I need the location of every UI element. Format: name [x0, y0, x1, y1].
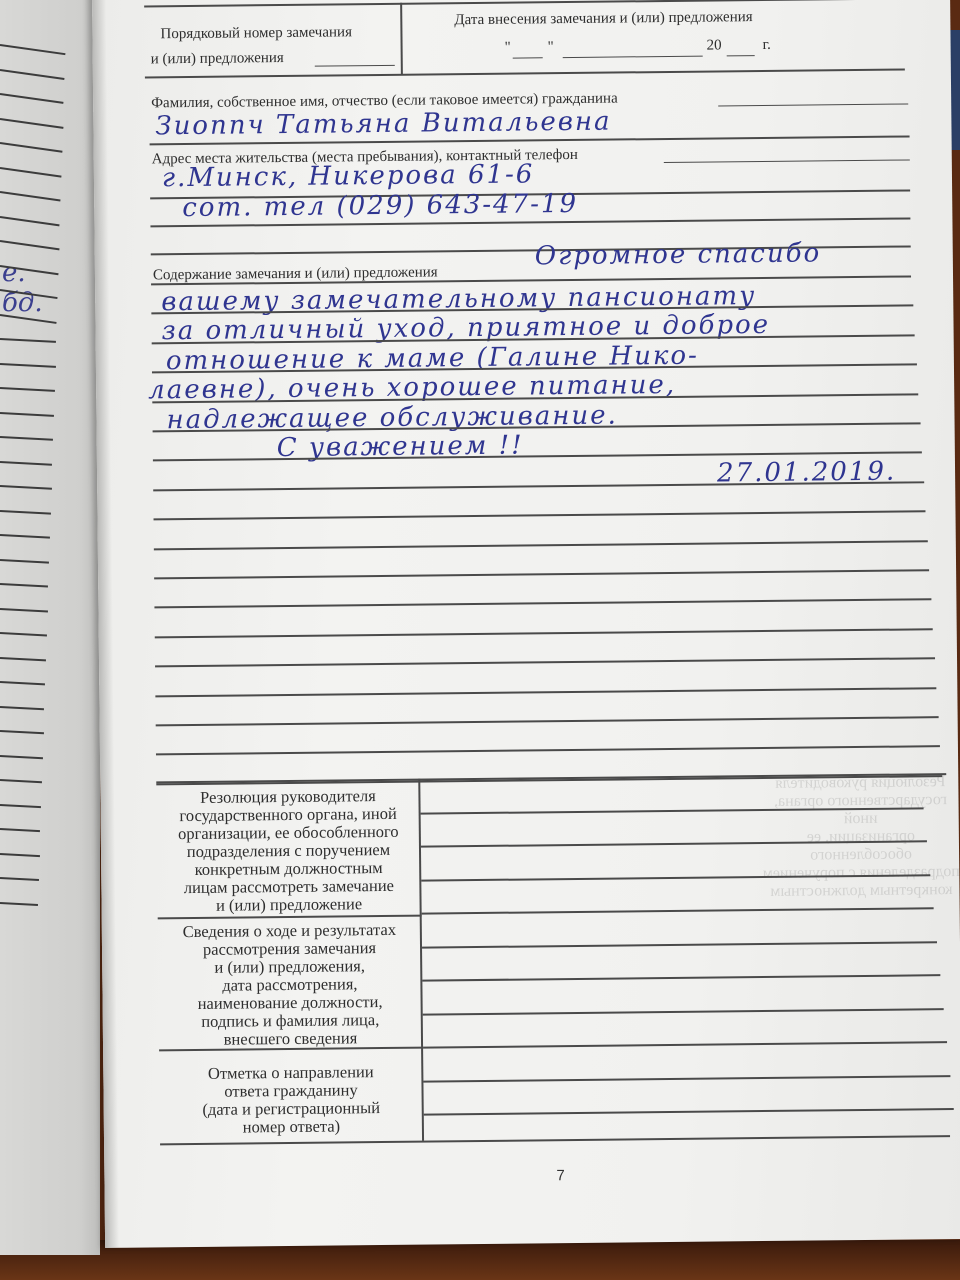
table-row-review-info: Сведения о ходе и результатахрассмотрени…	[162, 921, 418, 1050]
content-rule	[156, 716, 938, 726]
left-page-rule	[0, 755, 43, 759]
table-answer-line[interactable]	[423, 1008, 944, 1015]
left-page-rule	[0, 853, 40, 857]
date-year-field[interactable]	[727, 55, 755, 56]
left-page-rule	[0, 461, 52, 466]
content-rule	[155, 628, 933, 638]
content-rule	[154, 540, 927, 550]
header-bottom-rule	[145, 68, 905, 78]
reverse-side-bleed: Резолюция руководителягосударственного о…	[760, 773, 960, 901]
content-line: Огромное спасибо	[535, 238, 822, 271]
table-row-reply-mark: Отметка о направленииответа гражданину(д…	[163, 1063, 419, 1138]
header-divider	[400, 3, 403, 75]
table-answer-line[interactable]	[422, 974, 940, 981]
date-quote-close: "	[548, 39, 554, 56]
date-day-field[interactable]	[513, 57, 543, 58]
serial-number-label: Порядковый номер замечания	[160, 24, 352, 43]
left-page-rule	[0, 534, 50, 539]
content-rule	[154, 569, 929, 579]
form-page: Резолюция руководителягосударственного о…	[92, 0, 960, 1248]
table-bottom-rule	[160, 1135, 950, 1145]
serial-number-label-2: и (или) предложения	[151, 50, 284, 68]
left-page-rule	[0, 167, 62, 178]
left-page-rule	[0, 93, 64, 104]
date-label: Дата внесения замечания и (или) предложе…	[454, 9, 752, 29]
table-row-label-line: внесшего сведения	[163, 1029, 418, 1050]
address-value-line2[interactable]: сот. тел (029) 643-47-19	[182, 189, 578, 223]
left-page-rule	[0, 510, 51, 515]
left-page-rule	[0, 412, 54, 417]
table-answer-line[interactable]	[422, 941, 937, 948]
date-month-field[interactable]	[563, 56, 703, 58]
left-page-rule	[0, 387, 55, 392]
left-page-rule	[0, 706, 44, 710]
left-page-rule	[0, 681, 45, 685]
left-page-rule	[0, 804, 41, 808]
left-page-rule	[0, 44, 65, 55]
left-page-rule	[0, 632, 47, 636]
table-divider	[418, 779, 424, 1141]
left-page-rule	[0, 69, 65, 80]
page-number: 7	[556, 1167, 565, 1184]
left-page-rule	[0, 363, 56, 368]
full-name-label-rule	[718, 103, 908, 106]
full-name-value[interactable]: Зиоппч Татьяна Витальевна	[155, 107, 611, 142]
serial-number-field[interactable]	[315, 65, 395, 67]
table-row-resolution: Резолюция руководителягосударственного о…	[160, 787, 416, 916]
header-top-rule	[144, 0, 904, 7]
left-page-rule	[0, 436, 53, 441]
content-rule	[154, 510, 926, 520]
left-page-rule	[0, 118, 63, 129]
content-rule	[155, 657, 934, 667]
table-answer-line[interactable]	[423, 1041, 947, 1048]
left-page-rule	[0, 142, 62, 153]
table-row-rule-1	[158, 915, 422, 920]
previous-page: е. бд.	[0, 0, 100, 1255]
left-page-rule	[0, 338, 56, 343]
left-page-rule	[0, 485, 52, 490]
content-rule	[155, 687, 936, 697]
address-value-line1[interactable]: г.Минск, Никерова 61-6	[162, 159, 535, 193]
date-year-suffix: г.	[763, 37, 771, 54]
content-rule	[154, 599, 930, 609]
table-answer-line[interactable]	[423, 1075, 950, 1083]
left-page-rule	[0, 216, 60, 226]
left-page-rule	[0, 240, 59, 250]
left-page-rule	[0, 608, 48, 612]
left-page-rule	[0, 730, 44, 734]
table-answer-line[interactable]	[422, 907, 934, 914]
table-row-label-line: номер ответа)	[164, 1117, 419, 1138]
left-page-rule	[0, 583, 48, 588]
left-page-handwriting: е.	[2, 258, 26, 288]
date-year-prefix: 20	[707, 37, 722, 54]
table-answer-line[interactable]	[424, 1108, 954, 1116]
table-row-label-line: и (или) предложение	[161, 895, 416, 916]
content-rule	[156, 746, 940, 756]
left-page-rule	[0, 191, 61, 201]
left-page-rule	[0, 559, 49, 564]
left-page-rule	[0, 877, 39, 881]
left-page-rule	[0, 902, 38, 906]
address-label-rule	[664, 159, 910, 163]
left-page-rule	[0, 657, 46, 661]
date-quote-open: "	[505, 40, 511, 57]
left-page-rule	[0, 828, 40, 832]
left-page-rule	[0, 779, 42, 783]
